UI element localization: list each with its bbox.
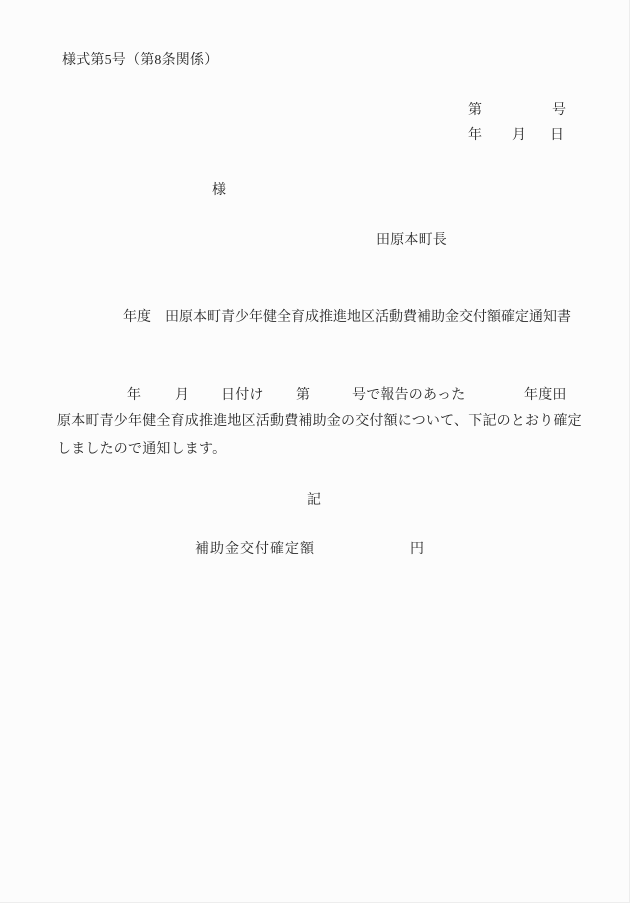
addressee-suffix: 様: [212, 183, 226, 198]
amount-label: 補助金交付確定額: [195, 542, 315, 557]
body-line1-month: 月: [175, 388, 189, 403]
ki-marker: 記: [307, 493, 321, 508]
form-number: 様式第5号（第8条関係）: [62, 53, 218, 68]
amount-unit: 円: [410, 542, 424, 557]
body-line1-dated: 日付け: [221, 388, 264, 403]
sender-name: 田原本町長: [376, 233, 447, 248]
doc-number-prefix: 第: [468, 103, 482, 118]
body-line1-nendo: 年度田: [524, 388, 567, 403]
document-page: 様式第5号（第8条関係） 第 号 年 月 日 様 田原本町長 年度 田原本町青少…: [0, 0, 630, 903]
date-month-label: 月: [512, 128, 526, 143]
date-year-label: 年: [468, 128, 482, 143]
date-day-label: 日: [550, 128, 564, 143]
doc-number-suffix: 号: [552, 103, 566, 118]
body-line3: しましたので通知します。: [57, 442, 226, 457]
body-line1-year: 年: [127, 388, 141, 403]
body-line1-reported: 号で報告のあった: [352, 388, 465, 403]
document-title: 年度 田原本町青少年健全育成推進地区活動費補助金交付額確定通知書: [123, 310, 571, 325]
body-line2: 原本町青少年健全育成推進地区活動費補助金の交付額について、下記のとおり確定: [57, 414, 582, 429]
body-line1-dai: 第: [296, 388, 310, 403]
